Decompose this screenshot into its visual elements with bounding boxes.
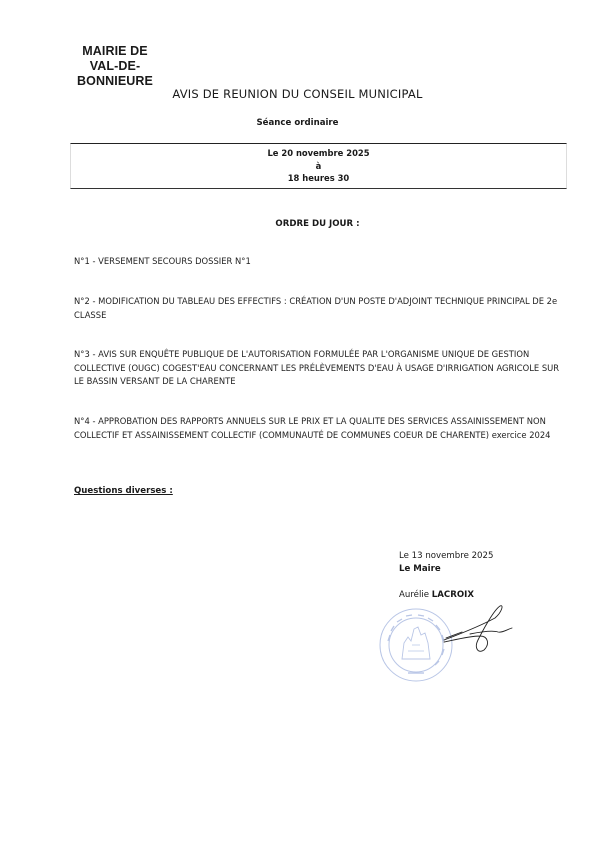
misc-questions: Questions diverses :	[74, 486, 173, 496]
agenda-item-3: N°3 - AVIS SUR ENQUÊTE PUBLIQUE DE L'AUT…	[74, 348, 564, 389]
signature-role: Le Maire	[399, 563, 493, 576]
signature-block: Le 13 novembre 2025 Le Maire Aurélie LAC…	[399, 550, 493, 602]
agenda-item-4: N°4 - APPROBATION DES RAPPORTS ANNUELS S…	[74, 415, 564, 442]
session-type: Séance ordinaire	[0, 118, 595, 128]
meeting-date: Le 20 novembre 2025	[71, 147, 566, 160]
meeting-connector: à	[71, 160, 566, 173]
agenda-item-1: N°1 - VERSEMENT SECOURS DOSSIER N°1	[74, 255, 564, 269]
agenda-heading: ORDRE DU JOUR :	[20, 219, 595, 229]
meeting-datetime-box: Le 20 novembre 2025 à 18 heures 30	[70, 143, 567, 189]
mairie-line-1: MAIRIE DE	[60, 44, 170, 59]
mayor-first-name: Aurélie	[399, 590, 429, 600]
mairie-header: MAIRIE DE VAL-DE-BONNIEURE	[60, 44, 170, 89]
handwritten-signature-icon	[440, 598, 525, 658]
document-title: AVIS DE REUNION DU CONSEIL MUNICIPAL	[0, 87, 595, 101]
mairie-line-2: VAL-DE-BONNIEURE	[60, 59, 170, 89]
agenda-item-2: N°2 - MODIFICATION DU TABLEAU DES EFFECT…	[74, 295, 564, 322]
meeting-time: 18 heures 30	[71, 172, 566, 185]
signature-date: Le 13 novembre 2025	[399, 550, 493, 563]
